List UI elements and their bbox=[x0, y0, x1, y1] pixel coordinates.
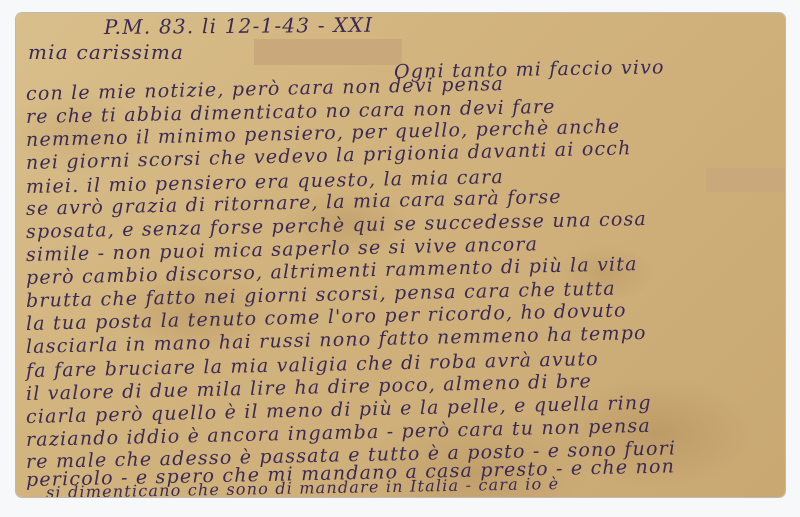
redaction-box-signature-area bbox=[706, 168, 785, 192]
postcard: P.M. 83. li 12-1-43 - XXI mia carissima … bbox=[16, 13, 785, 497]
salutation: mia carissima bbox=[28, 40, 184, 64]
redaction-box-name bbox=[254, 39, 402, 65]
page: P.M. 83. li 12-1-43 - XXI mia carissima … bbox=[0, 0, 800, 517]
header-date: P.M. 83. li 12-1-43 - XXI bbox=[104, 13, 373, 39]
